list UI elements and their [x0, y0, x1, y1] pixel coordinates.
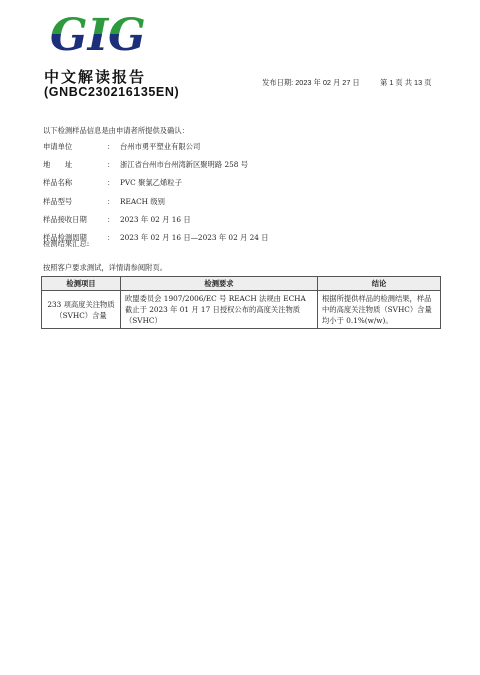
- intro-text: 以下检测样品信息是由申请者所提供及确认：: [43, 126, 189, 136]
- field-label: 样品接收日期: [43, 215, 87, 225]
- report-title: 中文解读报告: [44, 66, 146, 87]
- cell-conclusion: 根据所提供样品的检测结果，样品中的高度关注物质（SVHC）含量均小于 0.1%(…: [318, 291, 441, 329]
- field-value: 2023 年 02 月 16 日: [120, 215, 191, 225]
- field-colon: ：: [107, 178, 114, 188]
- field-value: 浙江省台州市台州湾新区聚明路 258 号: [120, 160, 248, 170]
- cell-test-item: 233 项高度关注物质（SVHC）含量: [42, 291, 121, 329]
- page-info: 第 1 页 共 13 页: [380, 78, 432, 88]
- report-code: (GNBC230216135EN): [44, 85, 179, 99]
- field-label: 地 址: [43, 160, 72, 170]
- gig-logo: GIG GIG: [48, 12, 146, 54]
- field-label: 样品型号: [43, 197, 72, 207]
- field-colon: ：: [107, 197, 114, 207]
- table-header-row: 检测项目 检测要求 结论: [42, 277, 441, 291]
- release-date: 发布日期: 2023 年 02 月 27 日: [262, 78, 360, 88]
- field-value: PVC 聚氯乙烯粒子: [120, 178, 182, 188]
- header-requirement: 检测要求: [121, 277, 318, 291]
- note-text: 按照客户要求测试，详情请参阅附页。: [43, 263, 167, 273]
- field-value: 台州市勇平塑业有限公司: [120, 142, 200, 152]
- summary-label: 检测结果汇总:: [43, 239, 89, 249]
- field-colon: ：: [107, 142, 114, 152]
- header-test-item: 检测项目: [42, 277, 121, 291]
- cell-requirement: 欧盟委员会 1907/2006/EC 号 REACH 法规由 ECHA 截止于 …: [121, 291, 318, 329]
- results-table: 检测项目 检测要求 结论 233 项高度关注物质（SVHC）含量 欧盟委员会 1…: [41, 276, 441, 329]
- field-value: 2023 年 02 月 16 日—2023 年 02 月 24 日: [120, 233, 269, 243]
- field-colon: ：: [107, 215, 114, 225]
- field-colon: ：: [107, 233, 114, 243]
- field-colon: ：: [107, 160, 114, 170]
- field-label: 申请单位: [43, 142, 72, 152]
- table-row: 233 项高度关注物质（SVHC）含量 欧盟委员会 1907/2006/EC 号…: [42, 291, 441, 329]
- field-value: REACH 级别: [120, 197, 165, 207]
- field-label: 样品名称: [43, 178, 72, 188]
- header-conclusion: 结论: [318, 277, 441, 291]
